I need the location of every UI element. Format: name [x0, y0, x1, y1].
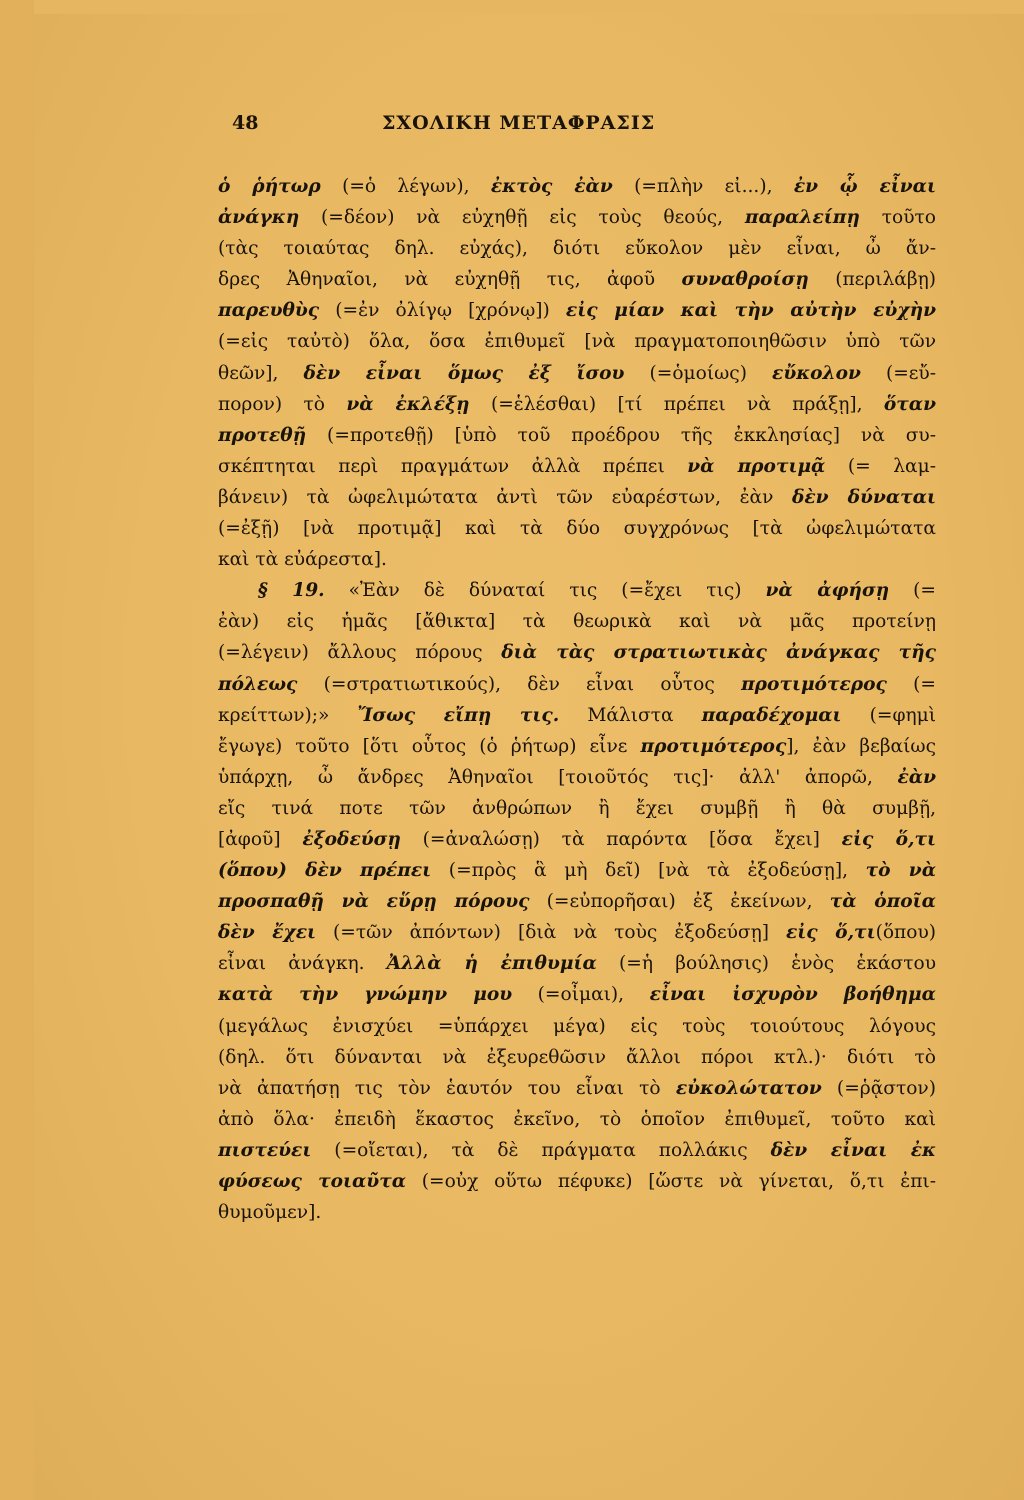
emphasized-term: προσπαθῇ νὰ εὕρῃ πόρους — [218, 891, 529, 912]
text-segment: (=ἀναλώσῃ) τὰ παρόντα [ὅσα ἔχει] — [401, 829, 842, 850]
text-segment: (=οὐχ οὕτω πέφυκε) [ὥστε νὰ γίνεται, ὅ,τ… — [406, 1171, 936, 1192]
text-line: θυμοῦμεν]. — [218, 1197, 936, 1228]
page-number: 48 — [232, 112, 258, 134]
text-segment: νὰ ἀπατήσῃ τις τὸν ἑαυτόν του εἶναι τὸ — [218, 1078, 676, 1099]
text-line: εἶναι ἀνάγκη. Ἀλλὰ ἡ ἐπιθυμία (=ἡ βούλησ… — [218, 948, 936, 979]
text-line: πόλεως (=στρατιωτικούς), δὲν εἶναι οὗτος… — [218, 669, 936, 700]
text-segment: (=τῶν ἀπόντων) [διὰ νὰ τοὺς ἐξοδεύσῃ] — [316, 922, 786, 943]
text-segment: ὑπάρχῃ, ὦ ἄνδρες Ἀθηναῖοι [τοιοῦτός τις]… — [218, 767, 897, 788]
emphasized-term: παραλείπῃ — [745, 207, 860, 228]
text-segment: (=ἡ βούλησις) ἑνὸς ἑκάστου — [597, 953, 936, 974]
emphasized-term: τὰ ὁποῖα — [830, 891, 936, 912]
text-segment: (= — [889, 580, 936, 601]
text-line: νὰ ἀπατήσῃ τις τὸν ἑαυτόν του εἶναι τὸ ε… — [218, 1073, 936, 1104]
text-line: ὑπάρχῃ, ὦ ἄνδρες Ἀθηναῖοι [τοιοῦτός τις]… — [218, 762, 936, 793]
text-line: καὶ τὰ εὐάρεστα]. — [218, 544, 936, 575]
emphasized-term: προτεθῇ — [218, 425, 306, 446]
text-line: (δηλ. ὅτι δύνανται νὰ ἐξευρεθῶσιν ἄλλοι … — [218, 1042, 936, 1073]
text-line: δρες Ἀθηναῖοι, νὰ εὐχηθῇ τις, ἀφοῦ συναθ… — [218, 264, 936, 295]
emphasized-term: νὰ ἀφήσῃ — [766, 580, 890, 601]
text-segment: σκέπτηται περὶ πραγμάτων ἀλλὰ πρέπει — [218, 456, 687, 477]
emphasized-term: ἐξοδεύσῃ — [302, 829, 401, 850]
text-segment: (=ἐν ὀλίγῳ [χρόνῳ]) — [319, 300, 566, 321]
emphasized-term: πόλεως — [218, 674, 297, 695]
text-line: (τὰς τοιαύτας δηλ. εὐχάς), διότι εὔκολον… — [218, 233, 936, 264]
text-line: σκέπτηται περὶ πραγμάτων ἀλλὰ πρέπει νὰ … — [218, 451, 936, 482]
text-line: πορον) τὸ νὰ ἐκλέξῃ (=ἑλέσθαι) [τί πρέπε… — [218, 389, 936, 420]
body-text: ὁ ῥήτωρ (=ὁ λέγων), ἐκτὸς ἐὰν (=πλὴν εἰ.… — [218, 171, 936, 1228]
emphasized-term: εἰς μίαν καὶ τὴν αὐτὴν εὐχὴν — [566, 300, 936, 321]
text-segment: τοῦτο — [860, 207, 936, 228]
text-segment: (=δέον) νὰ εὐχηθῇ εἰς τοὺς θεούς, — [299, 207, 745, 228]
text-line: ἀνάγκη (=δέον) νὰ εὐχηθῇ εἰς τοὺς θεούς,… — [218, 202, 936, 233]
emphasized-term: εὔκολον — [772, 363, 861, 384]
emphasized-term: εὐκολώτατον — [676, 1078, 822, 1099]
text-line: ἀπὸ ὅλα· ἐπειδὴ ἕκαστος ἐκεῖνο, τὸ ὁποῖο… — [218, 1104, 936, 1135]
text-segment: θυμοῦμεν]. — [218, 1202, 321, 1223]
emphasized-term: δὲν εἶναι ἐκ — [771, 1140, 936, 1161]
emphasized-term: ἐὰν — [897, 767, 936, 788]
emphasized-term: ἐν ᾧ εἶναι — [794, 176, 936, 197]
text-line: εἴς τινά ποτε τῶν ἀνθρώπων ἢ ἔχει συμβῇ … — [218, 793, 936, 824]
text-segment: θεῶν], — [218, 363, 304, 384]
text-line: [ἀφοῦ] ἐξοδεύσῃ (=ἀναλώσῃ) τὰ παρόντα [ὅ… — [218, 824, 936, 855]
text-segment: (=ἑλέσθαι) [τί πρέπει νὰ πράξῃ], — [470, 394, 884, 415]
text-segment: (=ἐξῇ) [νὰ προτιμᾷ] καὶ τὰ δύο συγχρόνως… — [218, 518, 936, 539]
text-segment: (=πρὸς ἃ μὴ δεῖ) [νὰ τὰ ἐξοδεύσῃ], — [431, 860, 866, 881]
emphasized-term: εἶναι ἰσχυρὸν βοήθημα — [650, 984, 936, 1005]
text-line: φύσεως τοιαῦτα (=οὐχ οὕτω πέφυκε) [ὥστε … — [218, 1166, 936, 1197]
text-segment: (=ὁ λέγων), — [321, 176, 491, 197]
emphasized-term: ὁ ῥήτωρ — [218, 176, 321, 197]
emphasized-term: δὲν δύναται — [792, 487, 936, 508]
emphasized-term: νὰ προτιμᾷ — [687, 456, 825, 477]
emphasized-term: προτιμότερος — [640, 736, 786, 757]
emphasized-term: διὰ τὰς στρατιωτικὰς ἀνάγκας τῆς — [501, 642, 936, 663]
emphasized-term: δὲν εἶναι ὅμως ἐξ ἴσου — [304, 363, 625, 384]
text-line: (=ἐξῇ) [νὰ προτιμᾷ] καὶ τὰ δύο συγχρόνως… — [218, 513, 936, 544]
text-segment: (=λέγειν) ἄλλους πόρους — [218, 642, 501, 663]
emphasized-term: Ἀλλὰ ἡ ἐπιθυμία — [387, 953, 597, 974]
emphasized-term: εἰς ὅ,τι — [786, 922, 876, 943]
text-segment: (=πλὴν εἰ...), — [613, 176, 794, 197]
emphasized-term: κατὰ τὴν γνώμην μου — [218, 984, 512, 1005]
text-segment: (τὰς τοιαύτας δηλ. εὐχάς), διότι εὔκολον… — [218, 238, 936, 259]
text-segment: πορον) τὸ — [218, 394, 346, 415]
emphasized-term: φύσεως τοιαῦτα — [218, 1171, 406, 1192]
running-head: 48 ΣΧΟΛΙΚΗ ΜΕΤΑΦΡΑΣΙΣ — [232, 112, 752, 142]
text-line: θεῶν], δὲν εἶναι ὅμως ἐξ ἴσου (=ὁμοίως) … — [218, 358, 936, 389]
text-line: πιστεύει (=οἴεται), τὰ δὲ πράγματα πολλά… — [218, 1135, 936, 1166]
text-line: ἐὰν) εἰς ἡμᾶς [ἄθικτα] τὰ θεωρικὰ καὶ νὰ… — [218, 606, 936, 637]
emphasized-term: Ἴσως εἴπῃ τις. — [358, 705, 560, 726]
text-segment: (=προτεθῇ) [ὑπὸ τοῦ προέδρου τῆς ἐκκλησί… — [306, 425, 936, 446]
text-line: (ὅπου) δὲν πρέπει (=πρὸς ἃ μὴ δεῖ) [νὰ τ… — [218, 855, 936, 886]
text-line: προσπαθῇ νὰ εὕρῃ πόρους (=εὐπορῆσαι) ἐξ … — [218, 886, 936, 917]
running-title: ΣΧΟΛΙΚΗ ΜΕΤΑΦΡΑΣΙΣ — [382, 112, 655, 134]
text-segment: (=ὁμοίως) — [624, 363, 772, 384]
text-line: βάνειν) τὰ ὠφελιμώτατα ἀντὶ τῶν εὐαρέστω… — [218, 482, 936, 513]
text-segment: (=οἶμαι), — [512, 984, 650, 1005]
emphasized-term: προτιμότερος — [741, 674, 887, 695]
text-line: ὁ ῥήτωρ (=ὁ λέγων), ἐκτὸς ἐὰν (=πλὴν εἰ.… — [218, 171, 936, 202]
text-segment: (ὅπου) — [876, 922, 936, 943]
emphasized-term: συναθροίσῃ — [682, 269, 809, 290]
text-segment: [ἀφοῦ] — [218, 829, 302, 850]
emphasized-term: παραδέχομαι — [702, 705, 842, 726]
text-segment: (=εὐπορῆσαι) ἐξ ἐκείνων, — [529, 891, 829, 912]
emphasized-term: νὰ ἐκλέξῃ — [346, 394, 469, 415]
page-left-edge — [0, 0, 35, 1500]
text-line: § 19. «Ἐὰν δὲ δύναταί τις (=ἔχει τις) νὰ… — [218, 575, 936, 606]
emphasized-term: ὅταν — [884, 394, 936, 415]
text-segment: (δηλ. ὅτι δύνανται νὰ ἐξευρεθῶσιν ἄλλοι … — [218, 1047, 936, 1068]
text-segment: εἴς τινά ποτε τῶν ἀνθρώπων ἢ ἔχει συμβῇ … — [218, 798, 936, 819]
emphasized-term: ἐκτὸς ἐὰν — [491, 176, 613, 197]
emphasized-term: § 19. — [258, 580, 325, 601]
text-segment: καὶ τὰ εὐάρεστα]. — [218, 549, 387, 570]
text-line: δὲν ἔχει (=τῶν ἀπόντων) [διὰ νὰ τοὺς ἐξο… — [218, 917, 936, 948]
text-segment: (=στρατιωτικούς), δὲν εἶναι οὗτος — [297, 674, 741, 695]
text-segment: (μεγάλως ἐνισχύει =ὑπάρχει μέγα) εἰς τοὺ… — [218, 1016, 936, 1037]
text-segment: (=εὔ- — [861, 363, 936, 384]
text-segment: δρες Ἀθηναῖοι, νὰ εὐχηθῇ τις, ἀφοῦ — [218, 269, 682, 290]
text-segment: (=οἴεται), τὰ δὲ πράγματα πολλάκις — [311, 1140, 770, 1161]
text-segment: κρείττων);» — [218, 705, 358, 726]
text-line: (=λέγειν) ἄλλους πόρους διὰ τὰς στρατιωτ… — [218, 637, 936, 668]
text-segment: βάνειν) τὰ ὠφελιμώτατα ἀντὶ τῶν εὐαρέστω… — [218, 487, 792, 508]
text-segment: (= — [887, 674, 936, 695]
text-segment: «Ἐὰν δὲ δύναταί τις (=ἔχει τις) — [325, 580, 766, 601]
text-line: παρευθὺς (=ἐν ὀλίγῳ [χρόνῳ]) εἰς μίαν κα… — [218, 295, 936, 326]
text-line: κατὰ τὴν γνώμην μου (=οἶμαι), εἶναι ἰσχυ… — [218, 979, 936, 1010]
emphasized-term: παρευθὺς — [218, 300, 319, 321]
text-line: (μεγάλως ἐνισχύει =ὑπάρχει μέγα) εἰς τοὺ… — [218, 1011, 936, 1042]
text-segment: (=ῥᾷστον) — [822, 1078, 936, 1099]
text-segment: ἔγωγε) τοῦτο [ὅτι οὗτος (ὁ ῥήτωρ) εἶνε — [218, 736, 640, 757]
text-segment: (περιλάβῃ) — [809, 269, 936, 290]
emphasized-term: πιστεύει — [218, 1140, 311, 1161]
text-segment: (= λαμ- — [825, 456, 936, 477]
text-line: προτεθῇ (=προτεθῇ) [ὑπὸ τοῦ προέδρου τῆς… — [218, 420, 936, 451]
text-segment: (=φημὶ — [842, 705, 936, 726]
emphasized-term: εἰς ὅ,τι — [842, 829, 936, 850]
text-line: (=εἰς ταὐτὸ) ὅλα, ὅσα ἐπιθυμεῖ [νὰ πραγμ… — [218, 326, 936, 357]
text-segment: ἐὰν) εἰς ἡμᾶς [ἄθικτα] τὰ θεωρικὰ καὶ νὰ… — [218, 611, 936, 632]
text-line: ἔγωγε) τοῦτο [ὅτι οὗτος (ὁ ῥήτωρ) εἶνε π… — [218, 731, 936, 762]
text-line: κρείττων);» Ἴσως εἴπῃ τις. Μάλιστα παραδ… — [218, 700, 936, 731]
text-segment: ], ἐὰν βεβαίως — [786, 736, 936, 757]
text-segment: Μάλιστα — [559, 705, 701, 726]
text-segment: εἶναι ἀνάγκη. — [218, 953, 387, 974]
emphasized-term: δὲν ἔχει — [218, 922, 316, 943]
emphasized-term: τὸ νὰ — [866, 860, 936, 881]
page-top-edge — [34, 0, 1024, 15]
emphasized-term: ἀνάγκη — [218, 207, 299, 228]
text-segment: ἀπὸ ὅλα· ἐπειδὴ ἕκαστος ἐκεῖνο, τὸ ὁποῖο… — [218, 1109, 936, 1130]
emphasized-term: (ὅπου) δὲν πρέπει — [218, 860, 431, 881]
text-segment: (=εἰς ταὐτὸ) ὅλα, ὅσα ἐπιθυμεῖ [νὰ πραγμ… — [218, 331, 936, 352]
